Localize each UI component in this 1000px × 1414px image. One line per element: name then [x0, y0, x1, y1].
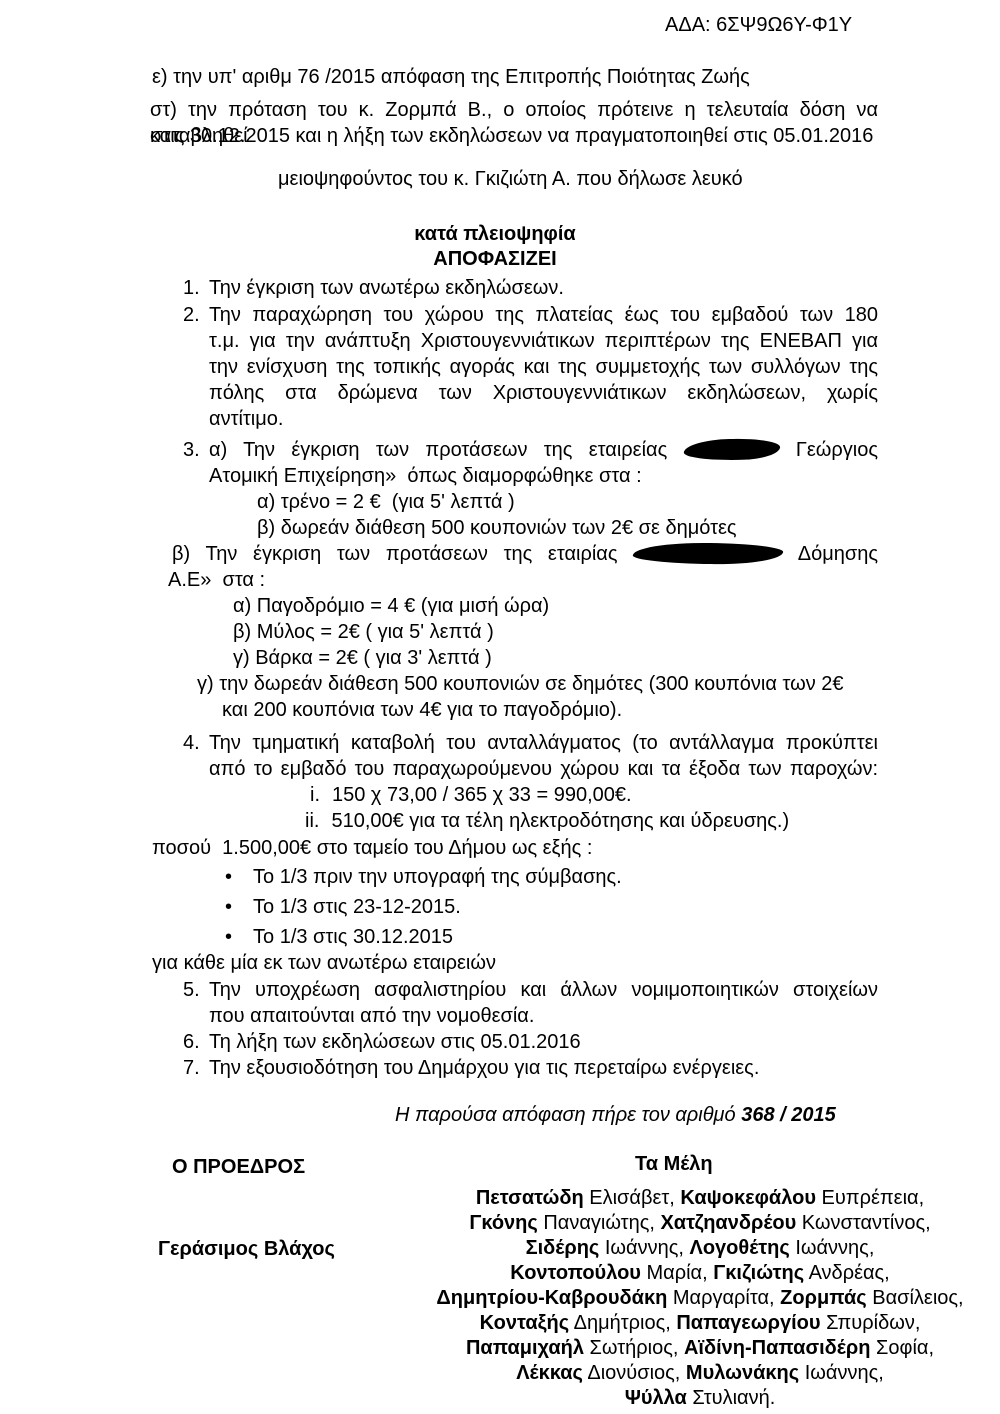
item-3-part-c-line-2: και 200 κουπόνια των 4€ για το παγοδρόμι…	[222, 697, 622, 723]
members-row-4: Κοντοπούλου Μαρία, Γκιζιώτης Ανδρέας,	[420, 1261, 980, 1286]
item-3-part-b-line-1: β) Την έγκριση των προτάσεων της εταιρία…	[172, 541, 878, 567]
item-3a-sub-2: β) δωρεάν διάθεση 500 κουπονιών των 2€ σ…	[257, 515, 737, 541]
member-firstname: Ιωάννης,	[799, 1362, 884, 1384]
item-4-bullet-1-text: Το 1/3 πριν την υπογραφή της σύμβασης.	[253, 866, 622, 888]
member-surname: Γκόνης	[469, 1212, 537, 1234]
member-surname: Αϊδίνη-Παπασιδέρη	[684, 1337, 870, 1359]
member-surname: Χατζηανδρέου	[660, 1212, 796, 1234]
item-2-number: 2.	[183, 302, 209, 328]
item-4-amount-line: ποσού 1.500,00€ στο ταμείο του Δήμου ως …	[152, 835, 592, 861]
item-6: 6.Τη λήξη των εκδηλώσεων στις 05.01.2016	[183, 1029, 581, 1055]
redaction-blob-company-2	[632, 542, 784, 565]
item-7-text: Την εξουσιοδότηση του Δημάρχου για τις π…	[209, 1057, 759, 1079]
member-firstname: Ιωάννης,	[599, 1237, 689, 1259]
item-3a-text-pre: α) Την έγκριση των προτάσεων της εταιρεί…	[209, 439, 667, 461]
ada-code: ΑΔΑ: 6ΣΨ9Ω6Υ-Φ1Υ	[665, 12, 852, 38]
item-7: 7.Την εξουσιοδότηση του Δημάρχου για τις…	[183, 1055, 759, 1081]
decision-number-line: Η παρούσα απόφαση πήρε τον αριθμό 368 / …	[395, 1102, 836, 1128]
member-firstname: Κωνσταντίνος,	[796, 1212, 930, 1234]
member-firstname: Βασίλειος,	[867, 1287, 964, 1309]
item-3-part-a-line-2: Ατομική Επιχείρηση» όπως διαμορφώθηκε στ…	[209, 463, 642, 489]
members-row-6: Κονταξής Δημήτριος, Παπαγεωργίου Σπυρίδω…	[420, 1311, 980, 1336]
preamble-line-st-2: στις 30.12.2015 και η λήξη των εκδηλώσεω…	[150, 123, 873, 149]
member-firstname: Διονύσιος,	[583, 1362, 686, 1384]
item-5-line-2: που απαιτούνται από την νομοθεσία.	[209, 1003, 534, 1029]
item-3b-sub-2: β) Μύλος = 2€ ( για 5' λεπτά )	[233, 619, 494, 645]
item-4-bullet-1: •Το 1/3 πριν την υπογραφή της σύμβασης.	[225, 864, 622, 890]
members-row-8: Λέκκας Διονύσιος, Μυλωνάκης Ιωάννης,	[420, 1361, 980, 1386]
member-surname: Σιδέρης	[526, 1237, 600, 1259]
item-1-text: Την έγκριση των ανωτέρω εκδηλώσεων.	[209, 277, 564, 299]
item-3b-text-post: Δόμησης	[798, 543, 878, 565]
bullet-icon: •	[225, 864, 253, 890]
preamble-line-e: ε) την υπ' αριθμ 76 /2015 απόφαση της Επ…	[152, 64, 750, 90]
item-4-bullet-2: •Το 1/3 στις 23-12-2015.	[225, 894, 461, 920]
item-3b-text-pre: β) Την έγκριση των προτάσεων της εταιρία…	[172, 543, 618, 565]
item-3a-sub-1: α) τρένο = 2 € (για 5' λεπτά )	[257, 489, 515, 515]
member-firstname: Ευπρέπεια,	[816, 1187, 924, 1209]
member-firstname: Ιωάννης,	[790, 1237, 875, 1259]
item-3-part-c-line-1: γ) την δωρεάν διάθεση 500 κουπονιών σε δ…	[197, 671, 844, 697]
decision-number-prefix: Η παρούσα απόφαση πήρε τον αριθμό	[395, 1104, 741, 1126]
member-firstname: Σπυρίδων,	[821, 1312, 921, 1334]
item-2-line-3: την ενίσχυση της τοπικής αγοράς και της …	[209, 354, 878, 380]
item-1-number: 1.	[183, 275, 209, 301]
item-5-number: 5.	[183, 977, 209, 1003]
member-surname: Ψύλλα	[625, 1387, 687, 1409]
minority-note: μειοψηφούντος του κ. Γκιζιώτη Α. που δήλ…	[278, 166, 743, 192]
member-surname: Γκιζιώτης	[713, 1262, 804, 1284]
item-1: 1.Την έγκριση των ανωτέρω εκδηλώσεων.	[183, 275, 564, 301]
item-6-text: Τη λήξη των εκδηλώσεων στις 05.01.2016	[209, 1031, 581, 1053]
member-surname: Καψοκεφάλου	[680, 1187, 816, 1209]
member-firstname: Σωτήριος,	[584, 1337, 684, 1359]
member-surname: Πετσατώδη	[476, 1187, 584, 1209]
document-page: ΑΔΑ: 6ΣΨ9Ω6Υ-Φ1Υ ε) την υπ' αριθμ 76 /20…	[0, 0, 1000, 1414]
item-2-text-1: Την παραχώρηση του χώρου της πλατείας έω…	[209, 304, 878, 326]
item-2-line-1: 2.Την παραχώρηση του χώρου της πλατείας …	[183, 302, 878, 328]
item-7-number: 7.	[183, 1055, 209, 1081]
item-4-closing-line: για κάθε μία εκ των ανωτέρω εταιρειών	[152, 950, 496, 976]
roman-ii-marker: ii.	[305, 808, 319, 834]
item-5-line-1: 5.Την υποχρέωση ασφαλιστηρίου και άλλων …	[183, 977, 878, 1003]
members-row-5: Δημητρίου-Καβρουδάκη Μαργαρίτα, Ζορμπάς …	[420, 1286, 980, 1311]
members-row-2: Γκόνης Παναγιώτης, Χατζηανδρέου Κωνσταντ…	[420, 1211, 980, 1236]
roman-i-text: 150 χ 73,00 / 365 χ 33 = 990,00€.	[332, 784, 632, 806]
members-row-9: Ψύλλα Στυλιανή.	[420, 1386, 980, 1411]
member-surname: Λέκκας	[516, 1362, 583, 1384]
roman-i-marker: i.	[310, 782, 320, 808]
heading-decides: ΑΠΟΦΑΣΙΖΕΙ	[150, 246, 840, 272]
member-firstname: Μαρία,	[641, 1262, 713, 1284]
item-4-text-1: Την τμηματική καταβολή του ανταλλάγματος…	[209, 732, 878, 754]
member-firstname: Μαργαρίτα,	[667, 1287, 780, 1309]
member-firstname: Ανδρέας,	[804, 1262, 890, 1284]
member-firstname: Ελισάβετ,	[584, 1187, 681, 1209]
item-4-number: 4.	[183, 730, 209, 756]
member-firstname: Στυλιανή.	[687, 1387, 776, 1409]
item-2-line-5: αντίτιμο.	[209, 406, 283, 432]
president-name: Γεράσιμος Βλάχος	[158, 1236, 335, 1262]
member-surname: Δημητρίου-Καβρουδάκη	[436, 1287, 667, 1309]
item-4-bullet-3: •Το 1/3 στις 30.12.2015	[225, 924, 453, 950]
member-surname: Παπαμιχαήλ	[466, 1337, 584, 1359]
members-row-7: Παπαμιχαήλ Σωτήριος, Αϊδίνη-Παπασιδέρη Σ…	[420, 1336, 980, 1361]
members-title: Τα Μέλη	[635, 1151, 713, 1177]
item-2-line-4: πόλης στα δρώμενα των Χριστουγεννιάτικων…	[209, 380, 878, 406]
item-4-roman-ii: ii.510,00€ για τα τέλη ηλεκτροδότησης κα…	[305, 808, 789, 834]
bullet-icon: •	[225, 924, 253, 950]
member-firstname: Παναγιώτης,	[538, 1212, 661, 1234]
item-2-line-2: τ.μ. για την ανάπτυξη Χριστουγεννιάτικων…	[209, 328, 878, 354]
item-6-number: 6.	[183, 1029, 209, 1055]
decision-number-value: 368 / 2015	[741, 1104, 836, 1126]
member-firstname: Σοφία,	[870, 1337, 934, 1359]
item-3-number: 3.	[183, 437, 209, 463]
bullet-icon: •	[225, 894, 253, 920]
members-row-1: Πετσατώδη Ελισάβετ, Καψοκεφάλου Ευπρέπει…	[420, 1186, 980, 1211]
member-surname: Λογοθέτης	[689, 1237, 789, 1259]
item-3-part-b-line-2: Α.Ε» στα :	[168, 567, 265, 593]
item-4-bullet-2-text: Το 1/3 στις 23-12-2015.	[253, 896, 461, 918]
member-surname: Ζορμπάς	[780, 1287, 867, 1309]
item-3a-text-post: Γεώργιος	[796, 439, 878, 461]
president-title: Ο ΠΡΟΕΔΡΟΣ	[172, 1154, 305, 1180]
member-surname: Κοντοπούλου	[510, 1262, 641, 1284]
redaction-blob-company-1	[683, 438, 781, 461]
item-4-roman-i: i.150 χ 73,00 / 365 χ 33 = 990,00€.	[310, 782, 632, 808]
item-4-line-2: από το εμβαδό του παραχωρούμενου χώρου κ…	[209, 756, 878, 782]
member-surname: Παπαγεωργίου	[676, 1312, 820, 1334]
members-row-3: Σιδέρης Ιωάννης, Λογοθέτης Ιωάννης,	[420, 1236, 980, 1261]
item-4-bullet-3-text: Το 1/3 στις 30.12.2015	[253, 926, 453, 948]
item-3b-sub-1: α) Παγοδρόμιο = 4 € (για μισή ώρα)	[233, 593, 549, 619]
member-surname: Μυλωνάκης	[686, 1362, 799, 1384]
item-3b-sub-3: γ) Βάρκα = 2€ ( για 3' λεπτά )	[233, 645, 492, 671]
member-surname: Κονταξής	[480, 1312, 570, 1334]
member-firstname: Δημήτριος,	[569, 1312, 676, 1334]
item-3-part-a-line-1: 3.α) Την έγκριση των προτάσεων της εταιρ…	[183, 437, 878, 463]
heading-majority: κατά πλειοψηφία	[150, 221, 840, 247]
item-4-line-1: 4.Την τμηματική καταβολή του ανταλλάγματ…	[183, 730, 878, 756]
item-5-text-1: Την υποχρέωση ασφαλιστηρίου και άλλων νο…	[209, 979, 878, 1001]
roman-ii-text: 510,00€ για τα τέλη ηλεκτροδότησης και ύ…	[331, 810, 789, 832]
